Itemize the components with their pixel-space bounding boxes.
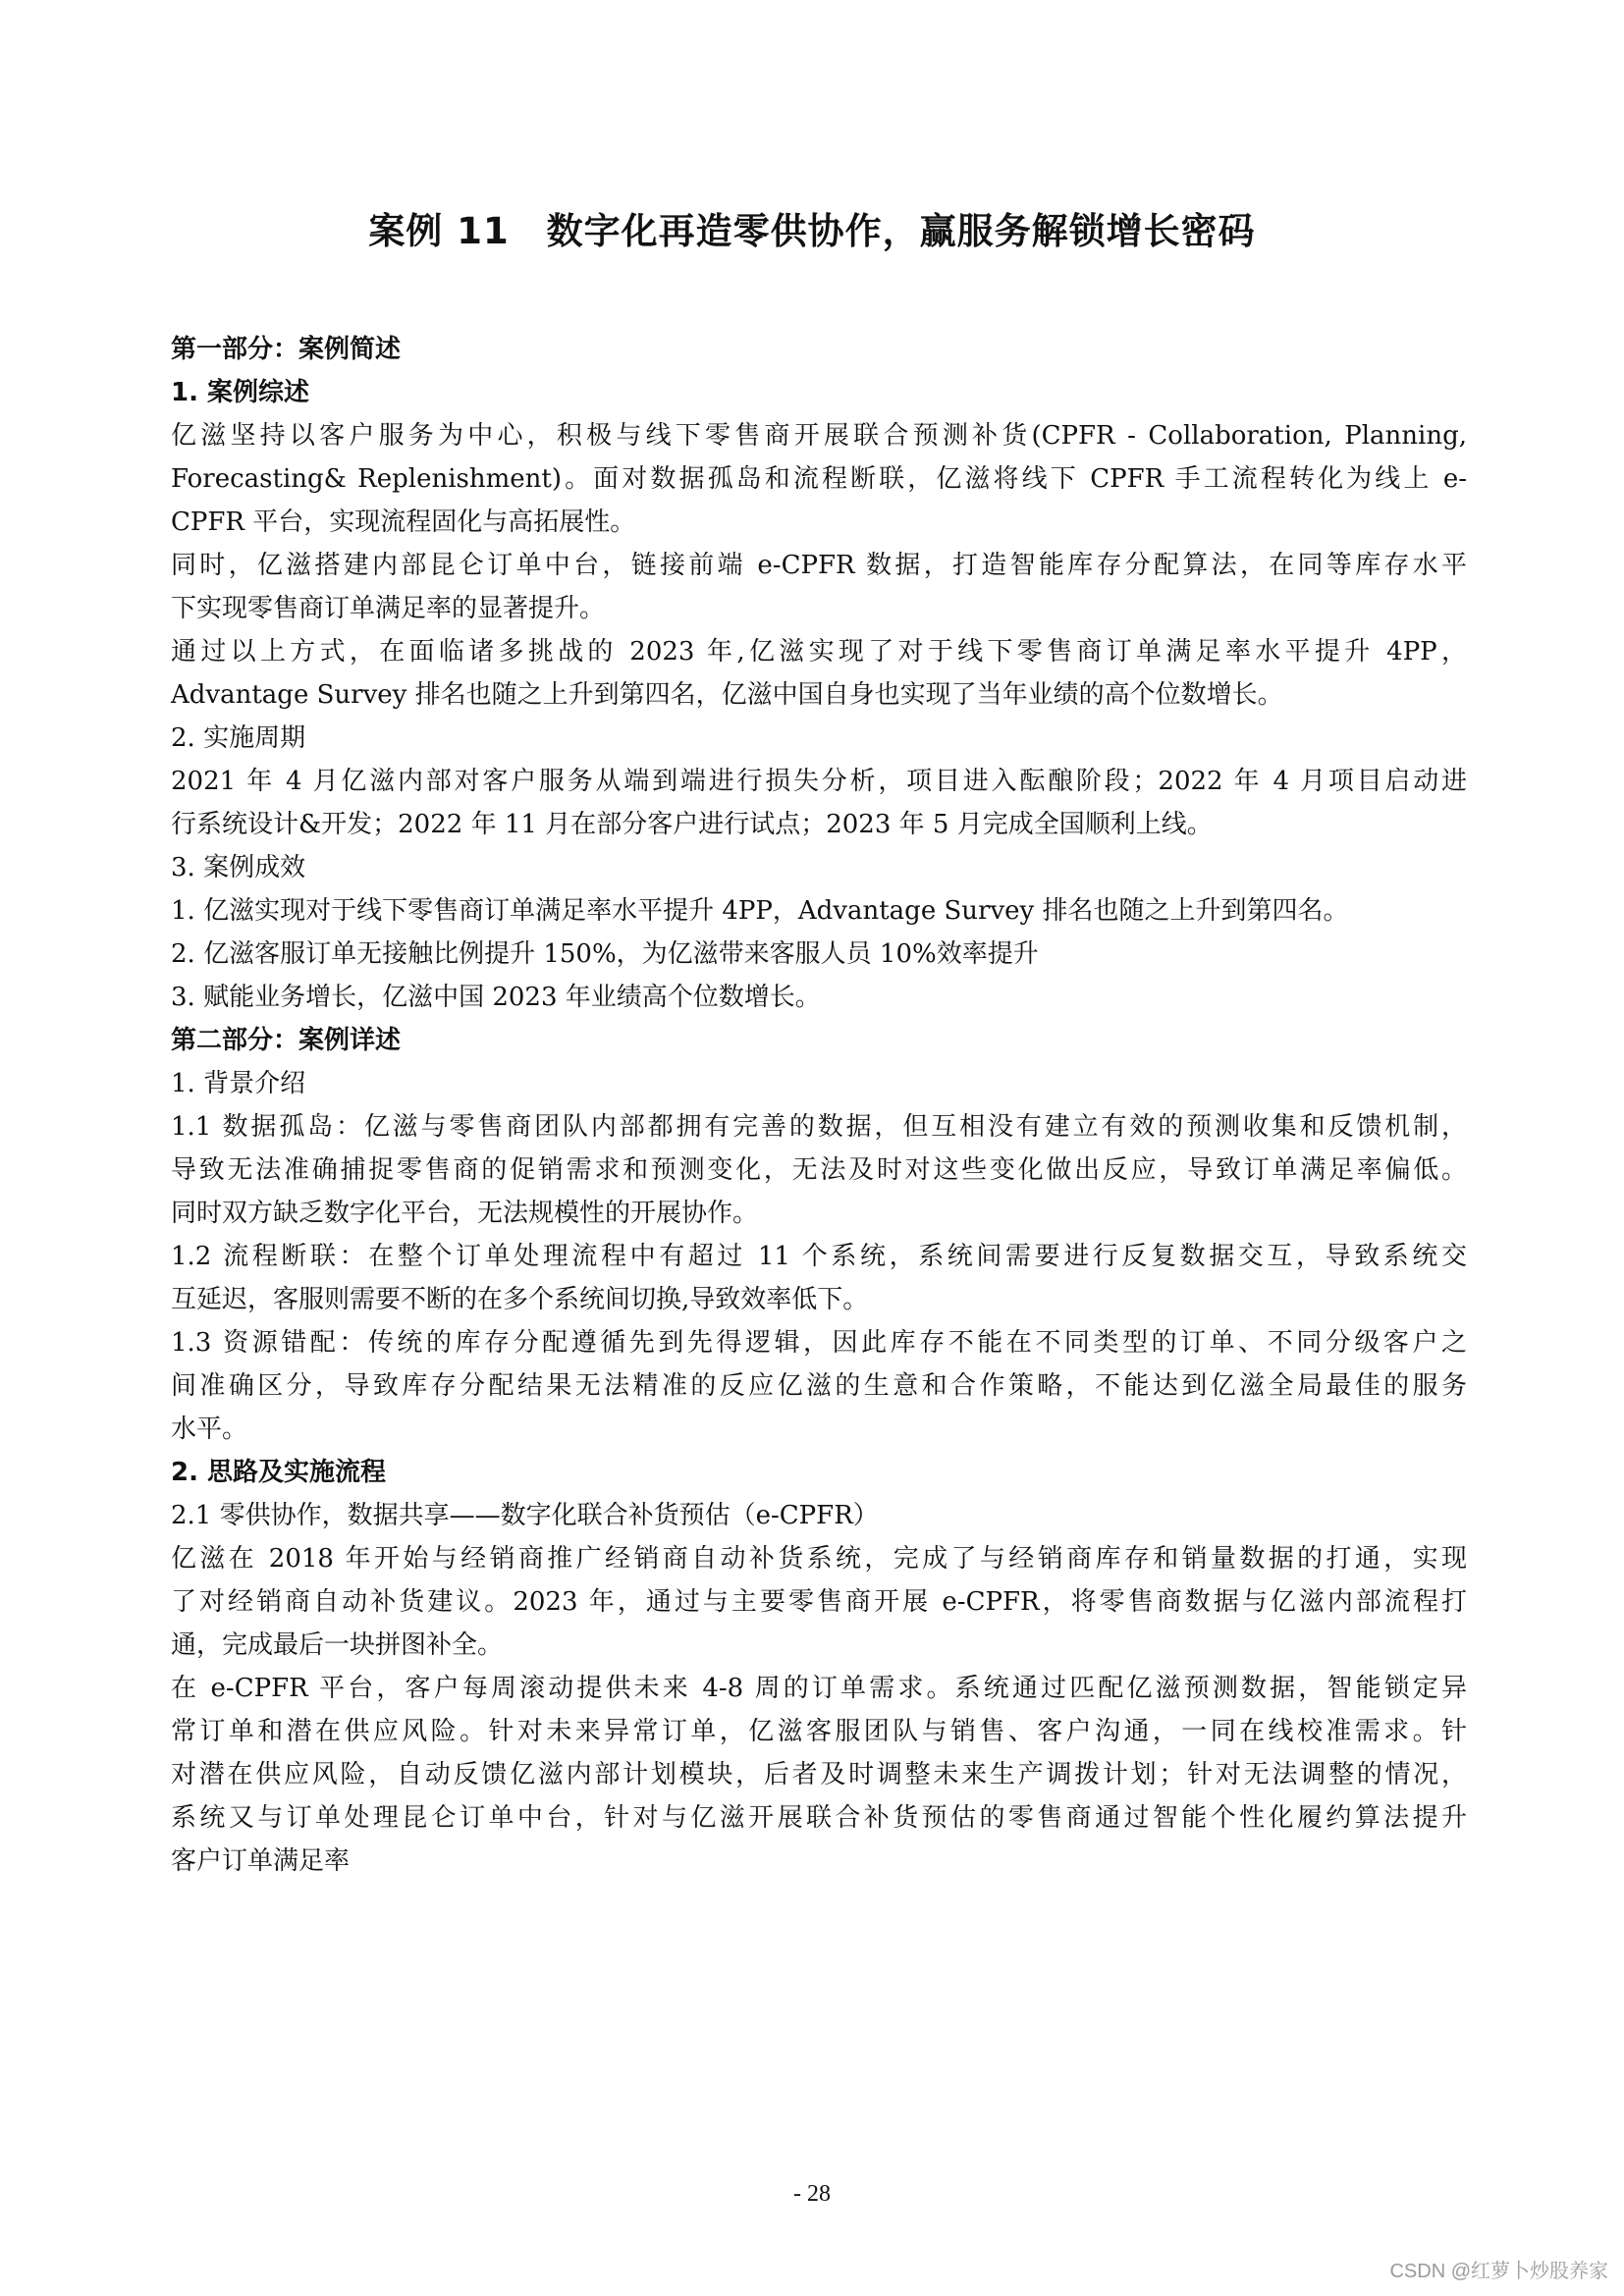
paragraph-line: 通过以上方式，在面临诸多挑战的 2023 年,亿滋实现了对于线下零售商订单满足率… bbox=[171, 630, 1467, 673]
paragraph-line: 客户订单满足率 bbox=[171, 1840, 1467, 1883]
paragraph-line: 间准确区分，导致库存分配结果无法精准的反应亿滋的生意和合作策略，不能达到亿滋全局… bbox=[171, 1364, 1467, 1408]
result-list-item: 2. 亿滋客服订单无接触比例提升 150%，为亿滋带来客服人员 10%效率提升 bbox=[171, 933, 1467, 976]
page-title: 案例 11 数字化再造零供协作，赢服务解锁增长密码 bbox=[0, 201, 1624, 254]
subheading-case-results: 3. 案例成效 bbox=[171, 846, 1467, 889]
paragraph-line: 2021 年 4 月亿滋内部对客户服务从端到端进行损失分析，项目进入酝酿阶段；2… bbox=[171, 760, 1467, 803]
paragraph-line: 通，完成最后一块拼图补全。 bbox=[171, 1624, 1467, 1667]
paragraph-line: 1.3 资源错配：传统的库存分配遵循先到先得逻辑，因此库存不能在不同类型的订单、… bbox=[171, 1321, 1467, 1364]
watermark: CSDN @红萝卜炒股养家 bbox=[1389, 2255, 1608, 2283]
paragraph-line: 互延迟，客服则需要不断的在多个系统间切换,导致效率低下。 bbox=[171, 1278, 1467, 1321]
paragraph-line: 同时，亿滋搭建内部昆仑订单中台，链接前端 e-CPFR 数据，打造智能库存分配算… bbox=[171, 544, 1467, 587]
subheading-implementation-period: 2. 实施周期 bbox=[171, 717, 1467, 760]
document-page: 案例 11 数字化再造零供协作，赢服务解锁增长密码 第一部分：案例简述 1. 案… bbox=[0, 0, 1624, 2296]
paragraph-line: Forecasting& Replenishment)。面对数据孤岛和流程断联，… bbox=[171, 457, 1467, 501]
subheading-approach-and-process: 2. 思路及实施流程 bbox=[171, 1451, 1467, 1494]
paragraph-line: 1.2 流程断联：在整个订单处理流程中有超过 11 个系统，系统间需要进行反复数… bbox=[171, 1235, 1467, 1278]
paragraph-line: CPFR 平台，实现流程固化与高拓展性。 bbox=[171, 501, 1467, 544]
paragraph-line: 行系统设计&开发；2022 年 11 月在部分客户进行试点；2023 年 5 月… bbox=[171, 803, 1467, 846]
document-body: 第一部分：案例简述 1. 案例综述 亿滋坚持以客户服务为中心，积极与线下零售商开… bbox=[171, 328, 1467, 1883]
result-list-item: 1. 亿滋实现对于线下零售商订单满足率水平提升 4PP，Advantage Su… bbox=[171, 889, 1467, 933]
paragraph-line: 常订单和潜在供应风险。针对未来异常订单，亿滋客服团队与销售、客户沟通，一同在线校… bbox=[171, 1710, 1467, 1753]
subheading-case-overview: 1. 案例综述 bbox=[171, 371, 1467, 414]
paragraph-line: 亿滋坚持以客户服务为中心，积极与线下零售商开展联合预测补货(CPFR - Col… bbox=[171, 414, 1467, 457]
subheading-ecpfr: 2.1 零供协作，数据共享——数字化联合补货预估（e-CPFR） bbox=[171, 1494, 1467, 1537]
result-list-item: 3. 赋能业务增长，亿滋中国 2023 年业绩高个位数增长。 bbox=[171, 976, 1467, 1019]
paragraph-line: 对潜在供应风险，自动反馈亿滋内部计划模块，后者及时调整未来生产调拨计划；针对无法… bbox=[171, 1753, 1467, 1796]
page-number: - 28 bbox=[0, 2181, 1624, 2208]
paragraph-line: 导致无法准确捕捉零售商的促销需求和预测变化，无法及时对这些变化做出反应，导致订单… bbox=[171, 1148, 1467, 1192]
paragraph-line: 同时双方缺乏数字化平台，无法规模性的开展协作。 bbox=[171, 1192, 1467, 1235]
section-heading-part-two: 第二部分：案例详述 bbox=[171, 1019, 1467, 1062]
paragraph-line: 了对经销商自动补货建议。2023 年，通过与主要零售商开展 e-CPFR，将零售… bbox=[171, 1580, 1467, 1624]
paragraph-line: 在 e-CPFR 平台，客户每周滚动提供未来 4-8 周的订单需求。系统通过匹配… bbox=[171, 1667, 1467, 1710]
paragraph-line: Advantage Survey 排名也随之上升到第四名，亿滋中国自身也实现了当… bbox=[171, 673, 1467, 717]
paragraph-line: 亿滋在 2018 年开始与经销商推广经销商自动补货系统，完成了与经销商库存和销量… bbox=[171, 1537, 1467, 1580]
paragraph-line: 水平。 bbox=[171, 1408, 1467, 1451]
paragraph-line: 系统又与订单处理昆仑订单中台，针对与亿滋开展联合补货预估的零售商通过智能个性化履… bbox=[171, 1796, 1467, 1840]
paragraph-line: 下实现零售商订单满足率的显著提升。 bbox=[171, 587, 1467, 630]
subheading-background: 1. 背景介绍 bbox=[171, 1062, 1467, 1105]
section-heading-part-one: 第一部分：案例简述 bbox=[171, 328, 1467, 371]
paragraph-line: 1.1 数据孤岛：亿滋与零售商团队内部都拥有完善的数据，但互相没有建立有效的预测… bbox=[171, 1105, 1467, 1148]
